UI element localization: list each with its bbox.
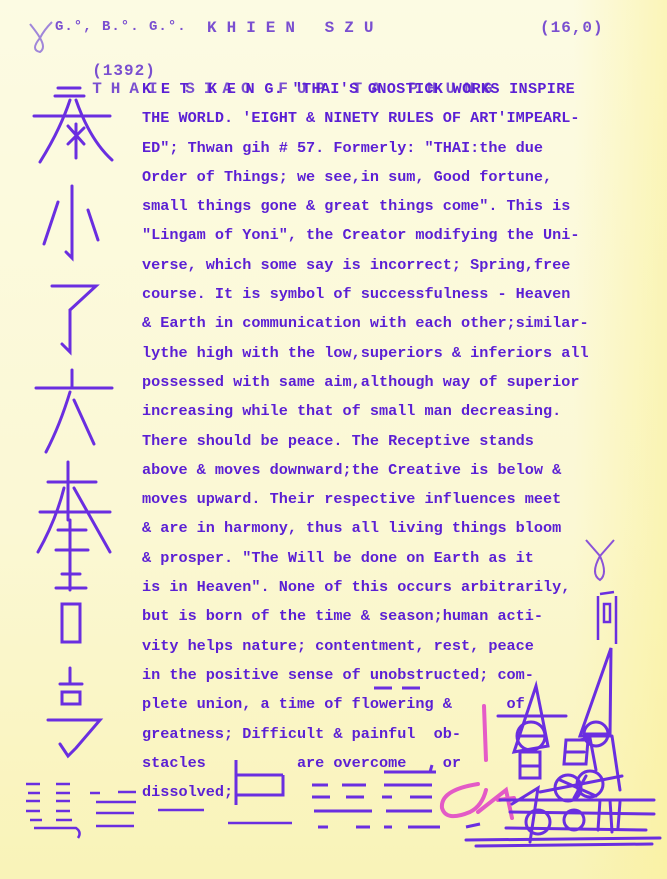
gamma-mark-icon <box>30 22 52 52</box>
hand-annotations <box>0 0 667 879</box>
trigram-marks-icon <box>26 784 292 838</box>
tower-glyph-icon <box>598 592 616 644</box>
church-drawing-icon <box>466 648 660 846</box>
hand-drawn-characters-icon <box>34 88 112 756</box>
gamma-mark-right-icon <box>586 540 614 580</box>
